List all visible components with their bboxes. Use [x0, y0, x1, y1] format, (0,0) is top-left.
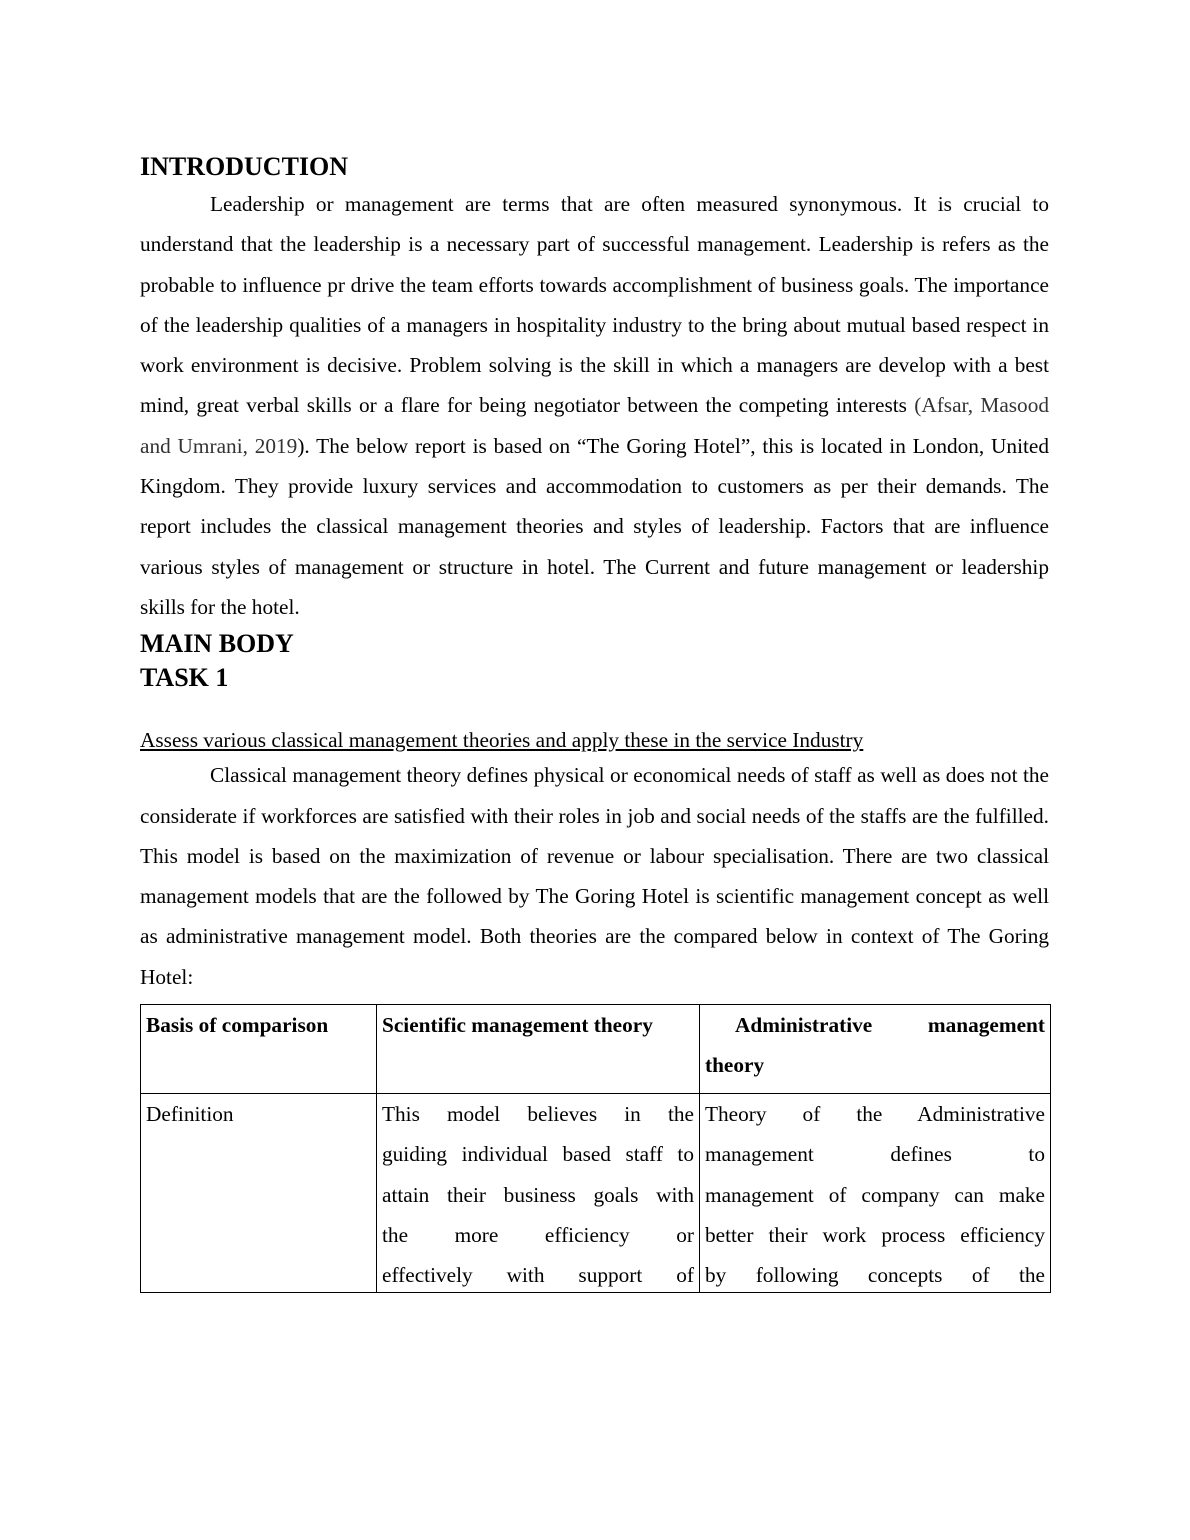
introduction-heading: INTRODUCTION — [140, 150, 1049, 184]
administrative-line: management defines to — [705, 1134, 1045, 1174]
header-basis: Basis of comparison — [141, 1005, 377, 1094]
header-administrative: Administrative management theory — [700, 1005, 1051, 1094]
introduction-text-end: ). The below report is based on “The Gor… — [140, 434, 1049, 619]
administrative-line: better their work process efficiency — [705, 1215, 1045, 1255]
cell-administrative: Theory of the Administrative management … — [700, 1094, 1051, 1293]
scientific-line: guiding individual based staff to — [382, 1134, 694, 1174]
task1-subtitle: Assess various classical management theo… — [140, 725, 1049, 755]
cell-basis: Definition — [141, 1094, 377, 1293]
table-row: Definition This model believes in the gu… — [141, 1094, 1051, 1293]
administrative-line: by following concepts of the — [705, 1255, 1045, 1292]
scientific-line: This model believes in the — [382, 1094, 694, 1134]
scientific-line: effectively with support of — [382, 1255, 694, 1292]
comparison-table: Basis of comparison Scientific managemen… — [140, 1004, 1051, 1293]
table-header-row: Basis of comparison Scientific managemen… — [141, 1005, 1051, 1094]
scientific-line: attain their business goals with — [382, 1175, 694, 1215]
task1-heading: TASK 1 — [140, 661, 1049, 695]
cell-scientific: This model believes in the guiding indiv… — [377, 1094, 700, 1293]
introduction-paragraph: Leadership or management are terms that … — [140, 184, 1049, 627]
document-page: INTRODUCTION Leadership or management ar… — [140, 150, 1049, 1293]
introduction-text-start: Leadership or management are terms that … — [140, 192, 1049, 417]
task1-paragraph: Classical management theory defines phys… — [140, 755, 1049, 997]
header-scientific: Scientific management theory — [377, 1005, 700, 1094]
scientific-line: the more efficiency or — [382, 1215, 694, 1255]
administrative-line: Theory of the Administrative — [705, 1094, 1045, 1134]
administrative-line: management of company can make — [705, 1175, 1045, 1215]
main-body-heading: MAIN BODY — [140, 627, 1049, 661]
